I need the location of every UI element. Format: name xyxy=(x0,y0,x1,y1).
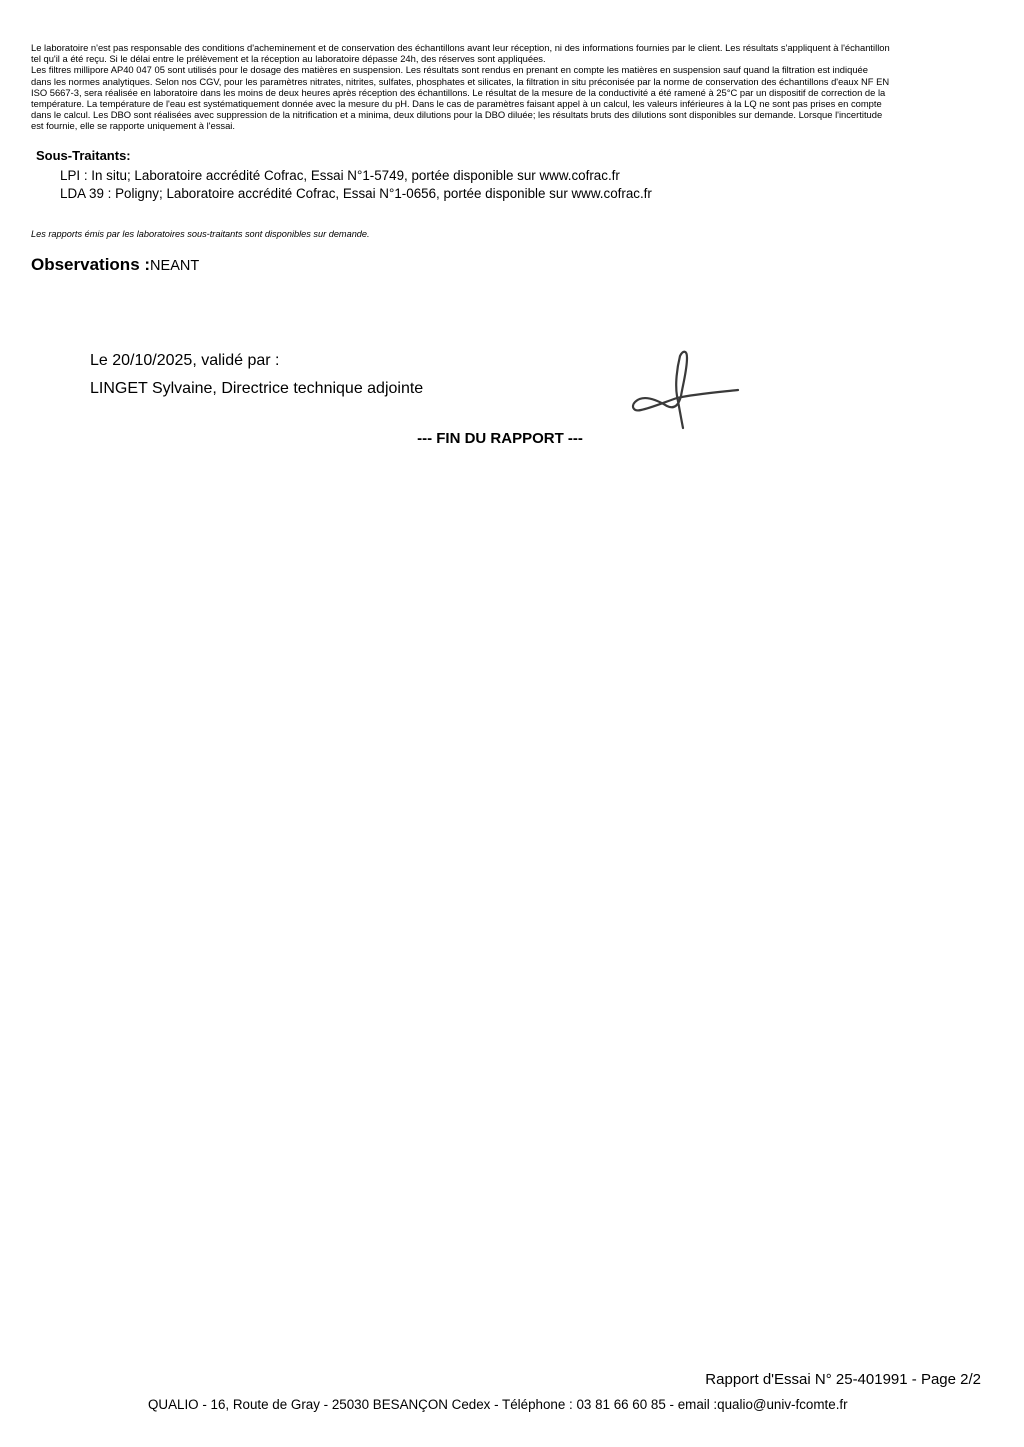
disclaimer-line: dans le calcul. Les DBO sont réalisées a… xyxy=(31,109,991,120)
subcontractor-item: LDA 39 : Poligny; Laboratoire accrédité … xyxy=(60,185,652,203)
subcontractor-reports-note: Les rapports émis par les laboratoires s… xyxy=(31,229,370,239)
disclaimer-line: Les filtres millipore AP40 047 05 sont u… xyxy=(31,64,991,75)
subcontractors-heading: Sous-Traitants: xyxy=(36,148,131,163)
footer-address: QUALIO - 16, Route de Gray - 25030 BESAN… xyxy=(148,1397,848,1412)
observations-value: NEANT xyxy=(150,258,199,274)
disclaimer-line: est fournie, elle se rapporte uniquement… xyxy=(31,120,991,131)
footer-report-page: Rapport d'Essai N° 25-401991 - Page 2/2 xyxy=(705,1371,981,1388)
end-of-report-marker: --- FIN DU RAPPORT --- xyxy=(0,430,1000,447)
signature-image xyxy=(625,348,750,433)
disclaimer-line: Le laboratoire n'est pas responsable des… xyxy=(31,42,991,53)
disclaimer-line: température. La température de l'eau est… xyxy=(31,98,991,109)
subcontractor-item: LPI : In situ; Laboratoire accrédité Cof… xyxy=(60,167,652,185)
validation-signatory: LINGET Sylvaine, Directrice technique ad… xyxy=(90,375,423,403)
validation-date: Le 20/10/2025, validé par : xyxy=(90,347,423,375)
observations-label: Observations : xyxy=(31,255,150,274)
disclaimer-line: dans les normes analytiques. Selon nos C… xyxy=(31,76,991,87)
observations: Observations :NEANT xyxy=(31,255,199,275)
disclaimer-block: Le laboratoire n'est pas responsable des… xyxy=(31,42,991,132)
disclaimer-line: tel qu'il a été reçu. Si le délai entre … xyxy=(31,53,991,64)
validation-block: Le 20/10/2025, validé par : LINGET Sylva… xyxy=(90,347,423,403)
disclaimer-line: ISO 5667-3, sera réalisée en laboratoire… xyxy=(31,87,991,98)
subcontractors-list: LPI : In situ; Laboratoire accrédité Cof… xyxy=(60,167,652,203)
